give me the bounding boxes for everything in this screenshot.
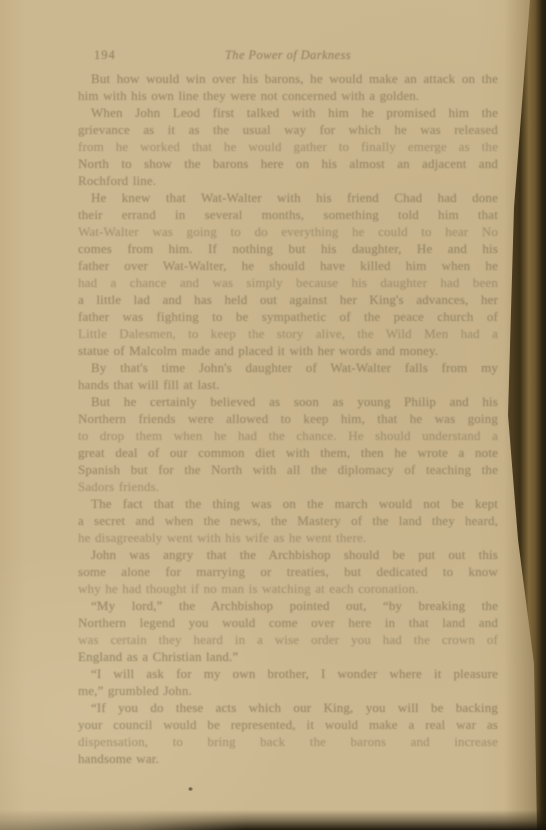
text-line: grievance as it as the usual way for whi… [78,121,498,138]
text-line: England as a Christian land.” [78,648,498,665]
text-line: handsome war. [78,750,498,767]
paragraph: But how would win over his barons, he wo… [78,70,498,104]
text-line: But how would win over his barons, he wo… [78,70,498,87]
ink-speck [188,787,193,791]
text-line: a secret and when the news, the Mastery … [78,512,498,529]
paragraph: “I will ask for my own brother, I wonder… [78,665,498,699]
text-line: was certain they heard in a wise order y… [78,631,498,648]
text-line: father over Wat-Walter, he should have k… [78,257,498,274]
text-line: Rochford line. [78,172,498,189]
text-line: Sadors friends. [78,478,498,495]
text-line: “I will ask for my own brother, I wonder… [78,665,498,682]
page-number: 194 [94,47,116,63]
page-edge-shadow-bottom [0,810,546,830]
body-text: But how would win over his barons, he wo… [78,70,498,767]
text-line: Wat-Walter was going to do everything he… [78,223,498,240]
text-line: By that's time John's daughter of Wat-Wa… [78,359,498,376]
text-line: your council would be represented, it wo… [78,716,498,733]
paragraph: He knew that Wat-Walter with his friend … [78,189,498,359]
text-line: a little lad and has held out against he… [78,291,498,308]
running-head: The Power of Darkness [78,47,498,63]
text-line: to drop them when he had the chance. He … [78,427,498,444]
text-line: Northern legend you would come over here… [78,614,498,631]
paragraph: But he certainly believed as soon as you… [78,393,498,495]
text-line: dispensation, to bring back the barons a… [78,733,498,750]
text-line: statue of Malcolm made and placed it wit… [78,342,498,359]
text-line: John was angry that the Archbishop shoul… [78,546,498,563]
text-line: some alone for marrying or treaties, but… [78,563,498,580]
paragraph: When John Leod first talked with him he … [78,104,498,189]
text-line: comes from him. If nothing but his daugh… [78,240,498,257]
text-line: great deal of our common diet with them,… [78,444,498,461]
text-line: their errand in several months, somethin… [78,206,498,223]
paragraph: By that's time John's daughter of Wat-Wa… [78,359,498,393]
text-line: him with his own line they were not conc… [78,87,498,104]
paragraph: “If you do these acts which our King, yo… [78,699,498,767]
text-line: me,” grumbled John. [78,682,498,699]
text-line: hands that will fill at last. [78,376,498,393]
scanned-book-page: 194 The Power of Darkness But how would … [0,0,546,830]
text-line: father was fighting to be sympathetic of… [78,308,498,325]
text-line: The fact that the thing was on the march… [78,495,498,512]
text-line: had a chance and was simply because his … [78,274,498,291]
text-line: Spanish but for the North with all the d… [78,461,498,478]
text-line: Little Dalesmen, to keep the story alive… [78,325,498,342]
text-line: North to show the barons here on his alm… [78,155,498,172]
text-line: He knew that Wat-Walter with his friend … [78,189,498,206]
text-line: “My lord,” the Archbishop pointed out, “… [78,597,498,614]
paragraph: “My lord,” the Archbishop pointed out, “… [78,597,498,665]
text-line: “If you do these acts which our King, yo… [78,699,498,716]
paragraph: John was angry that the Archbishop shoul… [78,546,498,597]
text-line: Northern friends were allowed to keep hi… [78,410,498,427]
text-line: from he worked that he would gather to f… [78,138,498,155]
paragraph: The fact that the thing was on the march… [78,495,498,546]
text-line: he disagreeably went with his wife as he… [78,529,498,546]
text-line: But he certainly believed as soon as you… [78,393,498,410]
page-header: 194 The Power of Darkness [78,47,498,65]
text-line: When John Leod first talked with him he … [78,104,498,121]
text-line: why he had thought if no man is watching… [78,580,498,597]
